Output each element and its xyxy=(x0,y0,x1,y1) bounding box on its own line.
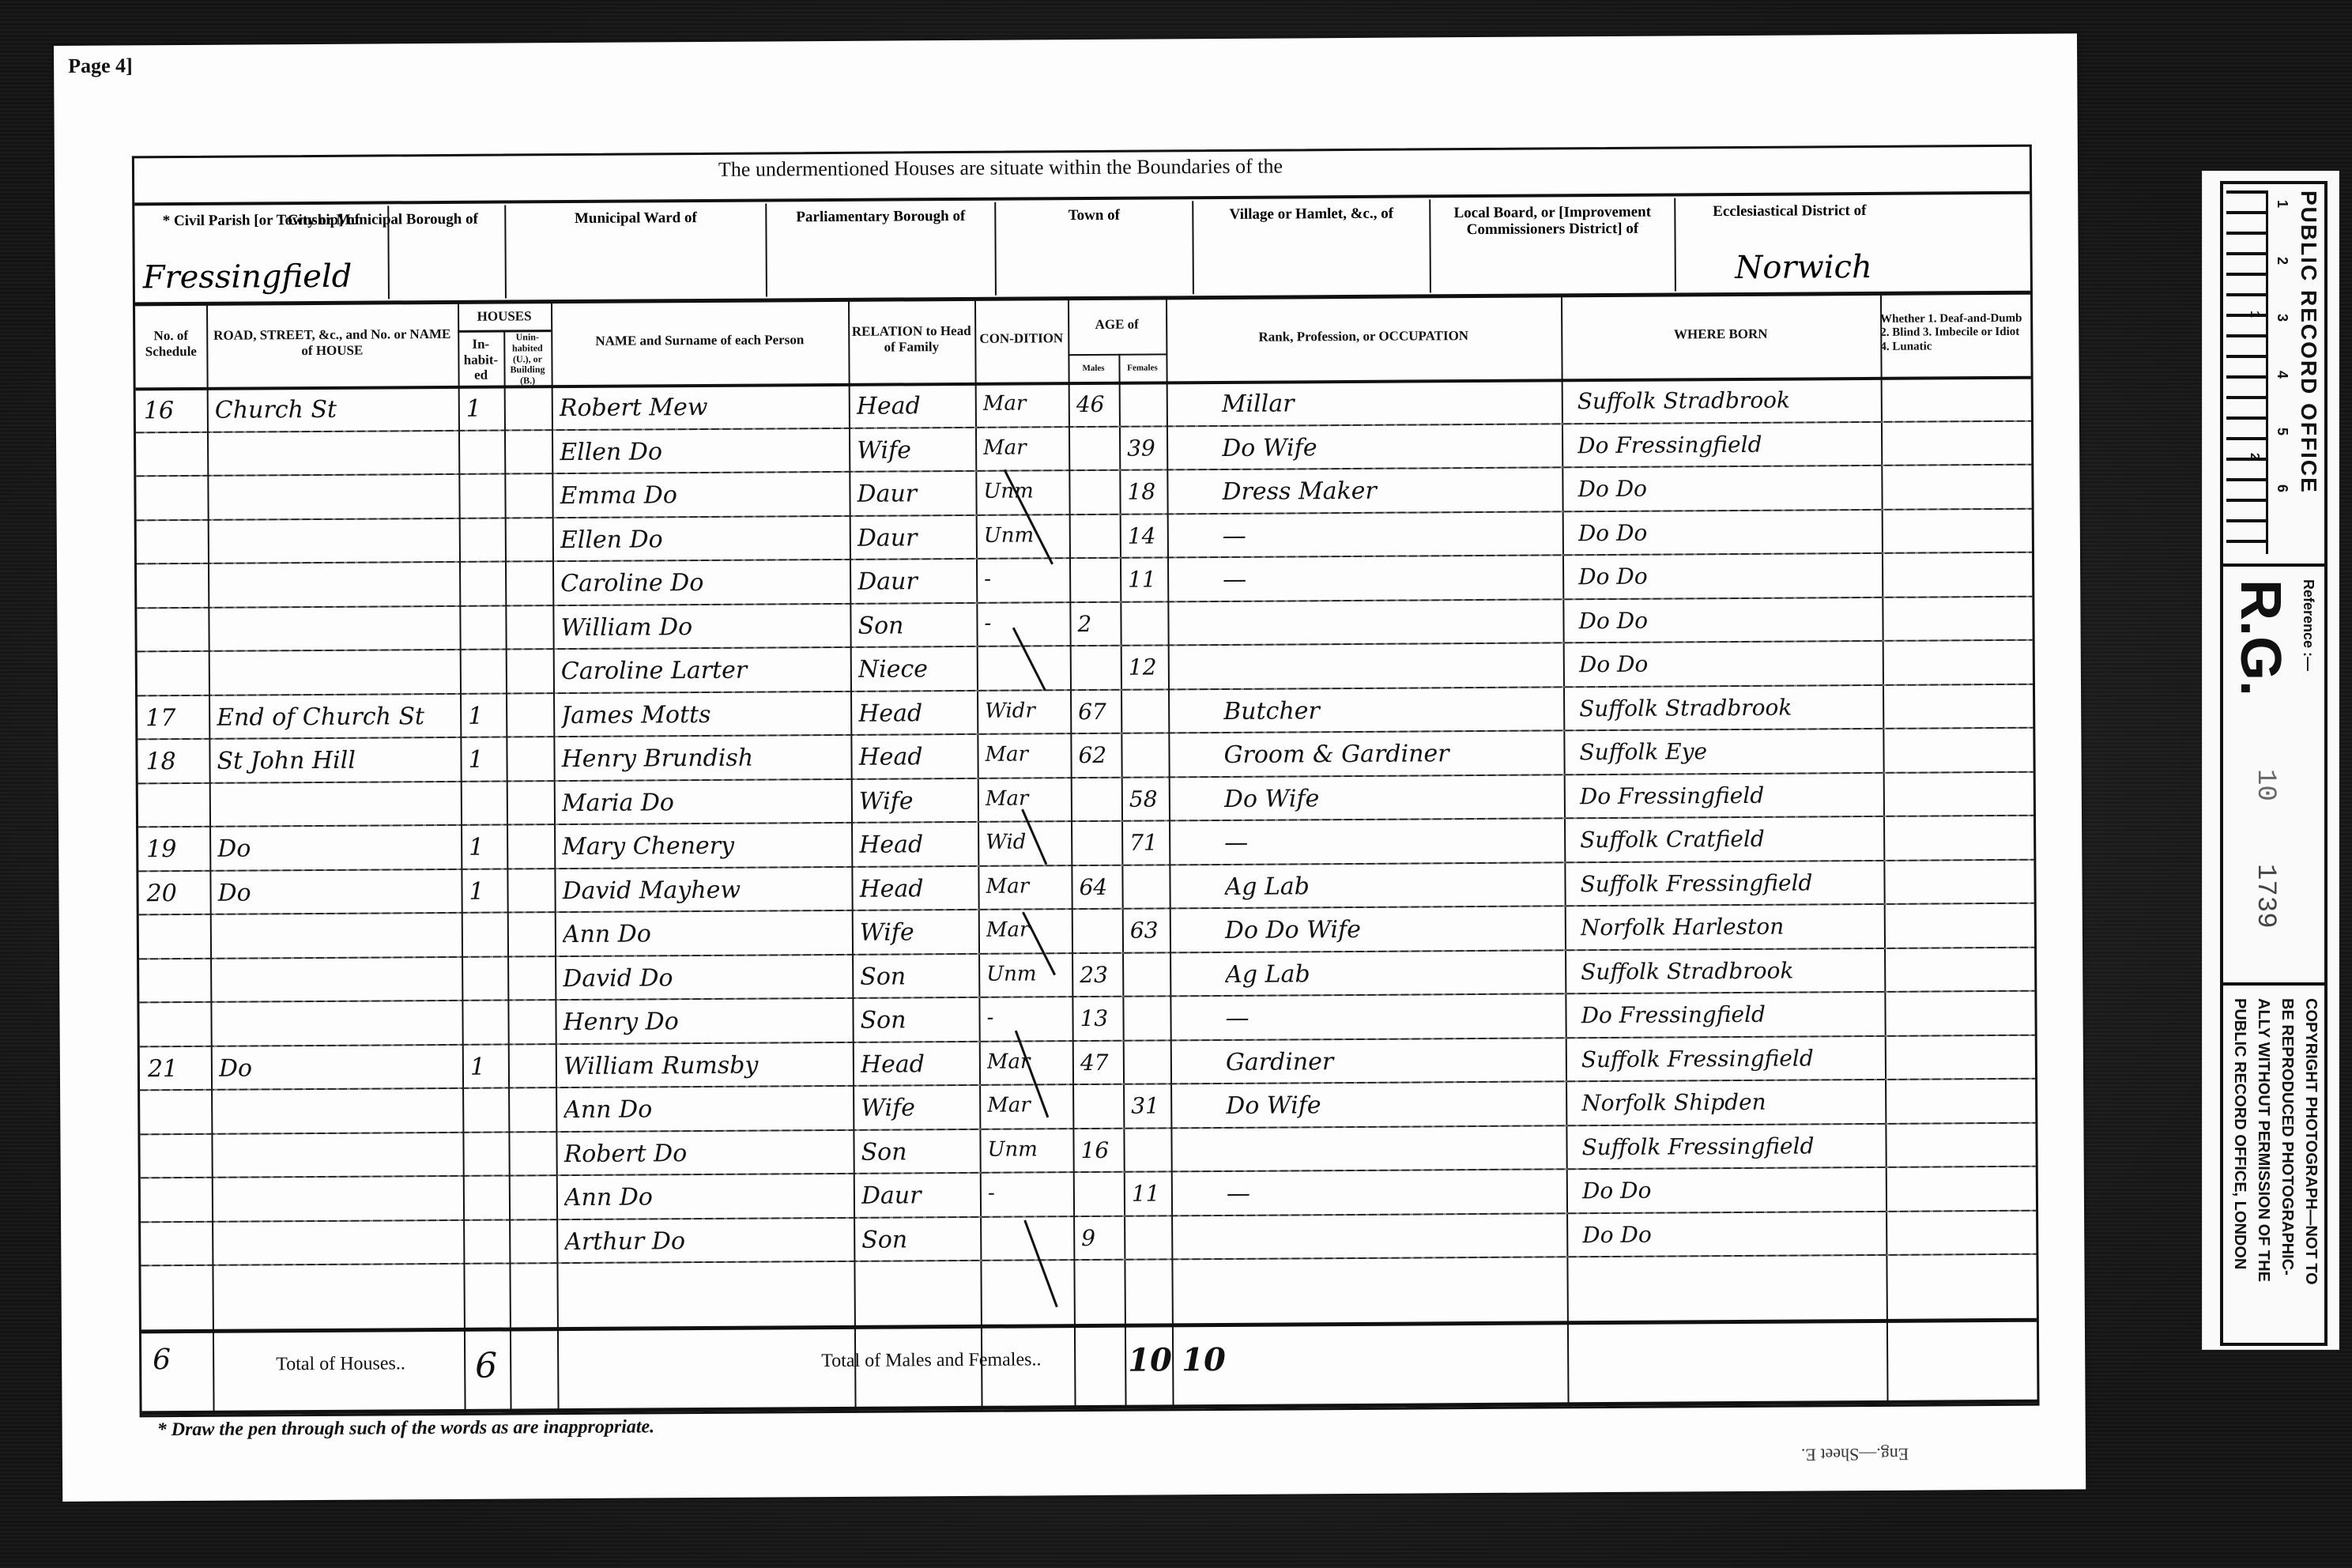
cell-inhabited: 1 xyxy=(469,834,503,861)
column-header-females: Females xyxy=(1118,356,1166,379)
cell-female-age: 14 xyxy=(1128,522,1164,548)
boundary-label: Town of xyxy=(996,207,1192,224)
cell-relation: Head xyxy=(861,1050,976,1078)
cell-occupation: — xyxy=(1224,827,1608,857)
cell-name: David Mayhew xyxy=(562,875,848,904)
cell-occupation: — xyxy=(1223,563,1607,594)
cell-where-born: Do Do xyxy=(1578,518,1886,545)
boundary-value: Norwich xyxy=(1735,249,1872,286)
cell-name: Ann Do xyxy=(564,1182,850,1212)
cell-relation: Head xyxy=(859,874,974,903)
cell-name: Henry Do xyxy=(563,1007,849,1036)
cell-occupation: Ag Lab xyxy=(1225,958,1609,988)
ruler-number: 4 xyxy=(2274,371,2290,379)
cell-name: Emma Do xyxy=(560,481,846,510)
cell-condition: Mar xyxy=(983,435,1065,460)
cell-occupation: Millar xyxy=(1222,388,1606,418)
cell-male-age: 47 xyxy=(1080,1049,1120,1075)
reference-strip: PUBLIC RECORD OFFICE 12345612 R.G. Refer… xyxy=(2202,171,2339,1350)
total-males: 10 xyxy=(1128,1341,1172,1378)
copyright-line: BE REPRODUCED PHOTOGRAPHIC- xyxy=(2278,998,2296,1276)
strip-header: PUBLIC RECORD OFFICE xyxy=(2296,190,2321,494)
cell-road xyxy=(219,1097,459,1099)
cell-where-born: Do Do xyxy=(1577,474,1886,502)
cell-road xyxy=(218,1009,458,1011)
cell-where-born: Norfolk Shipden xyxy=(1581,1088,1890,1116)
cell-inhabited: 1 xyxy=(468,702,503,729)
cell-name: Ellen Do xyxy=(560,524,846,553)
cell-name: Arthur Do xyxy=(564,1226,850,1255)
cell-condition: Mar xyxy=(986,786,1068,811)
column-header-name: NAME and Surname of each Person xyxy=(551,300,849,381)
cell-relation: Head xyxy=(858,743,974,771)
boundary-cell: Village or Hamlet, &c., of xyxy=(1193,199,1431,294)
cell-occupation: Ag Lab xyxy=(1224,871,1608,901)
cell-relation: Wife xyxy=(857,435,972,464)
cell-where-born: Do Do xyxy=(1582,1176,1890,1204)
cell-relation: Head xyxy=(859,831,974,859)
cell-where-born: Suffolk Fressingfield xyxy=(1580,869,1888,896)
cell-female-age: 71 xyxy=(1129,829,1166,855)
cell-road: End of Church St xyxy=(217,702,457,731)
cell-where-born: Suffolk Stradbrook xyxy=(1581,956,1889,984)
cell-name: William Rumsby xyxy=(563,1050,850,1080)
cell-name: Maria Do xyxy=(562,787,848,816)
cell-occupation xyxy=(1226,1133,1610,1136)
cell-female-age: 11 xyxy=(1132,1180,1168,1206)
boundary-cell: Town of xyxy=(996,201,1194,296)
cell-road xyxy=(218,922,458,923)
cell-occupation: Do Wife xyxy=(1222,432,1606,462)
cell-condition: Wid xyxy=(986,830,1068,854)
cell-relation: Son xyxy=(861,1225,977,1253)
cell-schedule: 21 xyxy=(148,1054,208,1082)
boundary-label: City or Municipal Borough of xyxy=(261,212,504,230)
boundary-label: Local Board, or [Improvement Commissione… xyxy=(1430,204,1674,239)
cell-occupation: Do Do Wife xyxy=(1225,914,1609,944)
column-header-condition: CON-DITION xyxy=(974,299,1069,379)
cell-road xyxy=(215,439,455,440)
ruler-minor-number: 1 xyxy=(2247,311,2261,318)
cell-schedule: 17 xyxy=(145,703,205,731)
cell-male-age: 46 xyxy=(1076,391,1116,417)
cell-female-age: 63 xyxy=(1130,917,1167,943)
cell-where-born: Suffolk Eye xyxy=(1579,737,1887,765)
cell-condition: - xyxy=(986,1005,1069,1030)
cell-name: Robert Mew xyxy=(560,393,846,422)
census-page: Page 4] The undermentioned Houses are si… xyxy=(54,33,2086,1502)
cell-road: Do xyxy=(217,834,458,863)
cell-female-age: 12 xyxy=(1129,654,1165,680)
cell-relation: Head xyxy=(858,699,974,727)
cell-male-age: 62 xyxy=(1078,742,1118,768)
cell-relation: Son xyxy=(860,1006,975,1035)
cell-male-age: 16 xyxy=(1080,1136,1120,1163)
cell-name: Mary Chenery xyxy=(562,831,848,861)
column-header-infirmity: Whether 1. Deaf-and-Dumb 2. Blind 3. Imb… xyxy=(1880,293,2031,373)
cell-condition xyxy=(988,1225,1070,1226)
cell-female-age: 18 xyxy=(1127,478,1163,504)
boundary-label: Ecclesiastical District of xyxy=(1675,203,1903,221)
cell-name: Caroline Do xyxy=(560,568,846,597)
cell-road: St John Hill xyxy=(217,746,457,775)
cell-schedule: 16 xyxy=(144,397,204,424)
cell-female-age: 39 xyxy=(1127,435,1163,461)
total-houses-label: Total of Houses.. xyxy=(276,1354,405,1374)
column-header-schedule: No. of Schedule xyxy=(135,304,207,384)
cell-name: James Motts xyxy=(561,699,847,729)
cell-name: Caroline Larter xyxy=(561,656,847,685)
cell-where-born: Do Do xyxy=(1582,1219,1890,1247)
corner-note: Eng.—Sheet E. xyxy=(1801,1445,1909,1464)
column-header-uninhabited: Unin-habited (U.), or Building (B.) xyxy=(503,334,551,385)
column-header-occupation: Rank, Profession, or OCCUPATION xyxy=(1166,296,1562,377)
column-header-where_born: WHERE BORN xyxy=(1561,294,1881,375)
copyright-line: PUBLIC RECORD OFFICE, LONDON xyxy=(2230,998,2248,1269)
cell-schedule: 18 xyxy=(145,748,205,775)
cell-schedule: 20 xyxy=(146,879,206,906)
cell-condition: - xyxy=(988,1181,1070,1205)
cell-inhabited: 1 xyxy=(466,395,501,423)
cell-occupation: Do Wife xyxy=(1224,783,1608,813)
cell-relation: Daur xyxy=(861,1182,977,1210)
cell-relation: Daur xyxy=(857,480,972,508)
cell-road xyxy=(216,614,456,616)
total-persons-label: Total of Males and Females.. xyxy=(821,1350,1041,1371)
cell-where-born: Norfolk Harleston xyxy=(1581,913,1889,940)
cell-inhabited: 1 xyxy=(470,1053,505,1080)
reference-label: Reference :— xyxy=(2300,579,2316,671)
cell-female-age: 31 xyxy=(1131,1092,1167,1118)
cell-road xyxy=(215,483,455,484)
boundary-cell: Municipal Ward of xyxy=(506,203,767,298)
cell-inhabited: 1 xyxy=(468,746,503,774)
cell-inhabited: 1 xyxy=(469,877,503,905)
cell-where-born: Suffolk Stradbrook xyxy=(1579,693,1887,721)
cell-road xyxy=(217,658,457,660)
cell-condition: Widr xyxy=(985,699,1067,723)
cell-road xyxy=(220,1185,460,1186)
cell-male-age: 9 xyxy=(1081,1224,1121,1250)
cell-where-born: Suffolk Fressingfield xyxy=(1581,1044,1890,1072)
census-form: * Civil Parish [or Township] ofFressingf… xyxy=(132,145,2040,1418)
cell-occupation: Gardiner xyxy=(1226,1046,1610,1076)
ruler xyxy=(2226,190,2268,554)
boundary-cell: Local Board, or [Improvement Commissione… xyxy=(1430,198,1676,292)
cell-occupation: Dress Maker xyxy=(1222,476,1606,506)
cell-relation: Head xyxy=(857,392,972,420)
cell-road: Church St xyxy=(215,395,455,424)
cell-relation: Son xyxy=(861,1137,976,1166)
boundary-cell: Parliamentary Borough of xyxy=(767,202,997,297)
ruler-number: 6 xyxy=(2274,484,2290,492)
cell-occupation xyxy=(1223,651,1608,654)
cell-relation: Niece xyxy=(858,655,974,684)
cell-road xyxy=(219,1140,459,1142)
cell-condition: Mar xyxy=(983,391,1065,416)
cell-road xyxy=(217,790,458,791)
cell-name: William Do xyxy=(560,612,846,641)
boundary-label: Village or Hamlet, &c., of xyxy=(1193,205,1429,224)
piece-number: 1739 xyxy=(2250,864,2280,929)
total-schedules: 6 xyxy=(153,1344,171,1376)
cell-condition: Unm xyxy=(983,479,1065,503)
cell-relation: Wife xyxy=(860,918,975,947)
cell-relation: Son xyxy=(857,611,973,639)
cell-where-born: Do Do xyxy=(1578,605,1886,633)
ruler-number: 3 xyxy=(2274,314,2290,322)
cell-where-born: Suffolk Cratfield xyxy=(1580,825,1888,853)
cell-occupation: Butcher xyxy=(1223,695,1608,726)
cell-condition: Unm xyxy=(987,1137,1069,1162)
cell-occupation: Do Wife xyxy=(1226,1090,1610,1120)
cell-occupation: — xyxy=(1225,1002,1609,1032)
piece-class: 10 xyxy=(2250,769,2280,801)
ruler-number: 1 xyxy=(2274,200,2290,208)
copyright-line: ALLY WITHOUT PERMISSION OF THE xyxy=(2254,998,2272,1282)
cell-where-born: Do Do xyxy=(1579,650,1887,677)
ruler-number: 5 xyxy=(2274,428,2290,435)
cell-condition: - xyxy=(984,611,1066,635)
cell-where-born: Do Do xyxy=(1578,562,1886,590)
cell-female-age: 58 xyxy=(1129,786,1166,812)
cell-road xyxy=(216,526,456,528)
cell-where-born: Do Fressingfield xyxy=(1577,430,1886,458)
cell-where-born: Suffolk Fressingfield xyxy=(1581,1132,1890,1159)
cell-road xyxy=(216,571,456,572)
ruler-number: 2 xyxy=(2274,257,2290,265)
column-header-houses: HOUSES xyxy=(458,304,551,329)
page-label: Page 4] xyxy=(68,55,133,77)
cell-occupation xyxy=(1227,1221,1611,1223)
cell-name: David Do xyxy=(563,963,849,992)
cell-male-age: 13 xyxy=(1080,1005,1119,1031)
cell-condition: - xyxy=(984,567,1066,591)
cell-condition: Mar xyxy=(987,1093,1069,1118)
footnote: * Draw the pen through such of the words… xyxy=(157,1417,655,1440)
cell-where-born: Do Fressingfield xyxy=(1581,1001,1889,1028)
cell-male-age: 2 xyxy=(1077,610,1117,636)
cell-name: Ann Do xyxy=(563,919,849,948)
boundary-label: Parliamentary Borough of xyxy=(767,209,994,227)
cell-road xyxy=(218,965,458,967)
cell-road: Do xyxy=(219,1053,459,1082)
boundary-cell: Ecclesiastical District ofNorwich xyxy=(1675,197,1904,292)
cell-relation: Son xyxy=(860,962,975,990)
cell-relation: Daur xyxy=(857,523,973,552)
column-header-males: Males xyxy=(1068,356,1118,380)
cell-name: Ann Do xyxy=(563,1095,850,1124)
cell-relation: Daur xyxy=(857,567,973,596)
column-header-age: AGE of xyxy=(1068,300,1166,349)
column-header-relation: RELATION to Head of Family xyxy=(848,300,975,379)
cell-name: Robert Do xyxy=(563,1138,850,1167)
cell-road: Do xyxy=(217,877,458,906)
cell-schedule: 19 xyxy=(146,835,206,863)
copyright-line: COPYRIGHT PHOTOGRAPH—NOT TO xyxy=(2301,998,2320,1285)
ruler-minor-number: 2 xyxy=(2247,453,2261,460)
boundary-label: Municipal Ward of xyxy=(506,210,765,228)
cell-where-born: Do Fressingfield xyxy=(1580,781,1888,808)
cell-condition: Mar xyxy=(985,742,1067,767)
column-header-inhabited: In-habit-ed xyxy=(458,334,503,386)
cell-condition: Mar xyxy=(986,874,1068,899)
column-header-road: ROAD, STREET, &c., and No. or NAME of HO… xyxy=(206,303,458,383)
cell-name: Henry Brundish xyxy=(561,744,847,773)
cell-male-age: 23 xyxy=(1080,961,1119,987)
cell-occupation xyxy=(1223,608,1607,610)
total-houses-value: 6 xyxy=(475,1346,497,1386)
cell-name: Ellen Do xyxy=(560,436,846,465)
cell-condition: Unm xyxy=(986,962,1069,986)
boundary-cell: City or Municipal Borough of xyxy=(261,205,507,300)
cell-where-born: Suffolk Stradbrook xyxy=(1577,386,1886,414)
cell-relation: Wife xyxy=(859,786,974,815)
cell-relation: Wife xyxy=(861,1094,976,1122)
cell-occupation: Groom & Gardiner xyxy=(1223,739,1608,769)
series-label: R.G. xyxy=(2228,579,2293,696)
cell-male-age: 64 xyxy=(1079,873,1118,899)
cell-occupation: — xyxy=(1223,520,1607,550)
cell-condition: Unm xyxy=(984,523,1066,548)
cell-female-age: 11 xyxy=(1128,566,1164,592)
total-females: 10 xyxy=(1182,1341,1226,1378)
cell-occupation: — xyxy=(1227,1178,1611,1208)
cell-road xyxy=(220,1228,460,1230)
cell-male-age: 67 xyxy=(1078,698,1118,724)
